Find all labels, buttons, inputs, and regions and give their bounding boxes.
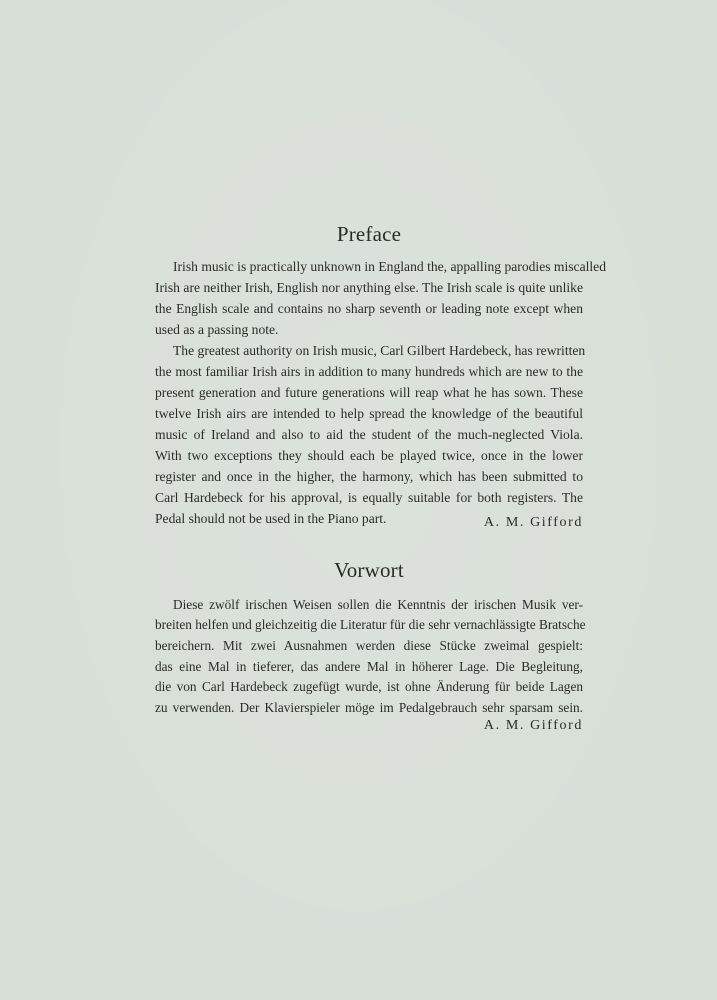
preface-line: used as a passing note. — [155, 320, 583, 340]
preface-line: Irish are neither Irish, English nor any… — [155, 278, 583, 298]
preface-line: The greatest authority on Irish music, C… — [173, 341, 583, 361]
vorwort-signature: A. M. Gifford — [484, 718, 583, 734]
vorwort-line: bereichern. Mit zwei Ausnahmen werden di… — [155, 636, 583, 656]
preface-line: With two exceptions they should each be … — [155, 446, 583, 466]
preface-line: twelve Irish airs are intended to help s… — [155, 404, 583, 424]
preface-section: Preface Irish music is practically unkno… — [155, 222, 583, 532]
preface-line: Carl Hardebeck for his approval, is equa… — [155, 488, 583, 508]
preface-line: the most familiar Irish airs in addition… — [155, 362, 583, 382]
vorwort-title: Vorwort — [155, 558, 583, 583]
vorwort-section: Vorwort Diese zwölf irischen Weisen soll… — [155, 558, 583, 738]
preface-line: Irish music is practically unknown in En… — [173, 257, 583, 277]
preface-line: present generation and future generation… — [155, 383, 583, 403]
vorwort-line: zu verwenden. Der Klavierspieler möge im… — [155, 698, 583, 718]
preface-title: Preface — [155, 222, 583, 247]
document-page: Preface Irish music is practically unkno… — [0, 0, 717, 1000]
preface-line: music of Ireland and also to aid the stu… — [155, 425, 583, 445]
preface-signature: A. M. Gifford — [484, 515, 583, 531]
vorwort-line: die von Carl Hardebeck zugefügt wurde, i… — [155, 677, 583, 697]
preface-line: register and once in the higher, the har… — [155, 467, 583, 487]
vorwort-line: das eine Mal in tieferer, das andere Mal… — [155, 657, 583, 677]
vorwort-line: breiten helfen und gleichzeitig die Lite… — [155, 615, 583, 635]
preface-line: the English scale and contains no sharp … — [155, 299, 583, 319]
vorwort-line: Diese zwölf irischen Weisen sollen die K… — [173, 595, 583, 615]
